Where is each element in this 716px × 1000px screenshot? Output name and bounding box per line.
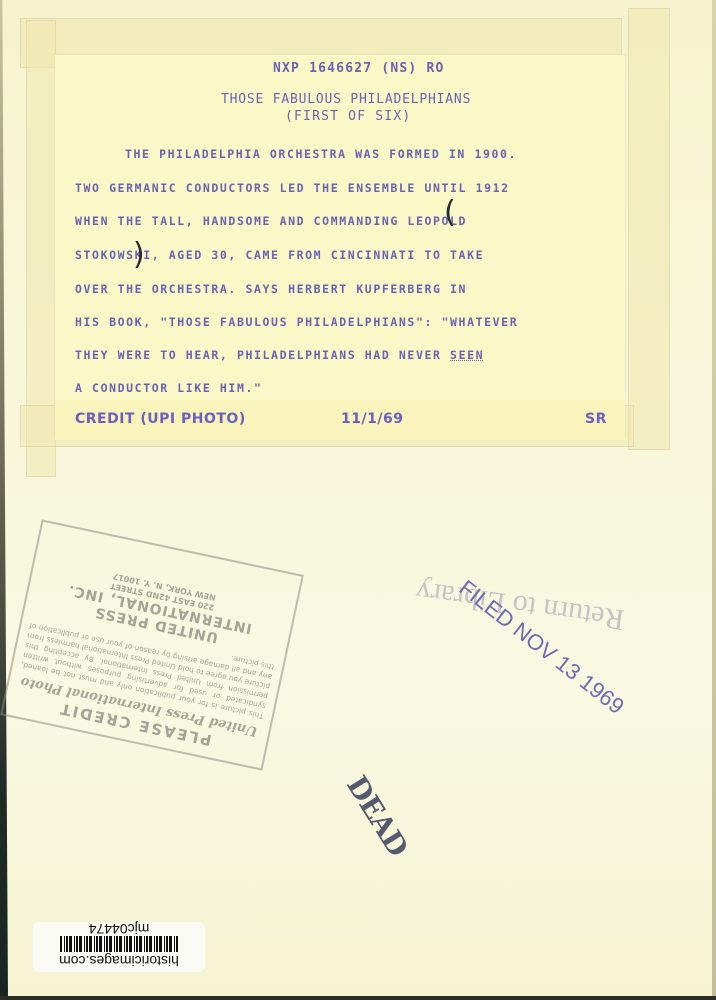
caption-line: HIS BOOK, "THOSE FABULOUS PHILADELPHIANS… xyxy=(75,315,518,329)
barcode-icon xyxy=(60,936,178,952)
caption-line: A CONDUCTOR LIKE HIM." xyxy=(75,381,263,395)
credit-bar: CREDIT (UPI PHOTO) 11/1/69 SR xyxy=(55,400,625,440)
right-edge xyxy=(712,0,716,1000)
bottom-edge xyxy=(0,996,716,1000)
caption-slip: NXP 1646627 (NS) RO THOSE FABULOUS PHILA… xyxy=(55,55,625,437)
handwritten-open-paren: ( xyxy=(444,198,456,228)
credit-label: CREDIT (UPI PHOTO) xyxy=(75,411,246,427)
caption-line: THE PHILADELPHIA ORCHESTRA WAS FORMED IN… xyxy=(125,147,517,161)
credit-initials: SR xyxy=(585,411,607,427)
caption-line: OVER THE ORCHESTRA. SAYS HERBERT KUPFERB… xyxy=(75,282,467,296)
left-edge-shadow xyxy=(0,0,8,1000)
caption-line: TWO GERMANIC CONDUCTORS LED THE ENSEMBLE… xyxy=(75,181,510,195)
barcode-site: historicimages.com xyxy=(33,953,205,969)
caption-line: WHEN THE TALL, HANDSOME AND COMMANDING L… xyxy=(75,214,467,228)
dead-stamp: DEAD xyxy=(340,770,414,862)
caption-id-line: NXP 1646627 (NS) RO xyxy=(273,61,445,76)
underlined-word: SEEN xyxy=(450,348,484,362)
caption-line: THEY WERE TO HEAR, PHILADELPHIANS HAD NE… xyxy=(75,348,484,362)
barcode-code: mjc04474 xyxy=(33,921,205,936)
tape-strip-right xyxy=(628,8,670,450)
upi-credit-stamp: PLEASE CREDIT United Press International… xyxy=(0,519,304,770)
caption-line-text: THEY WERE TO HEAR, PHILADELPHIANS HAD NE… xyxy=(75,348,450,362)
handwritten-close-paren: ) xyxy=(133,240,145,270)
caption-title: THOSE FABULOUS PHILADELPHIANS xyxy=(221,92,471,107)
photo-back-page: NXP 1646627 (NS) RO THOSE FABULOUS PHILA… xyxy=(0,0,716,1000)
barcode-label: historicimages.com mjc04474 xyxy=(33,922,205,972)
caption-subtitle: (FIRST OF SIX) xyxy=(285,109,411,124)
credit-date: 11/1/69 xyxy=(341,411,403,427)
